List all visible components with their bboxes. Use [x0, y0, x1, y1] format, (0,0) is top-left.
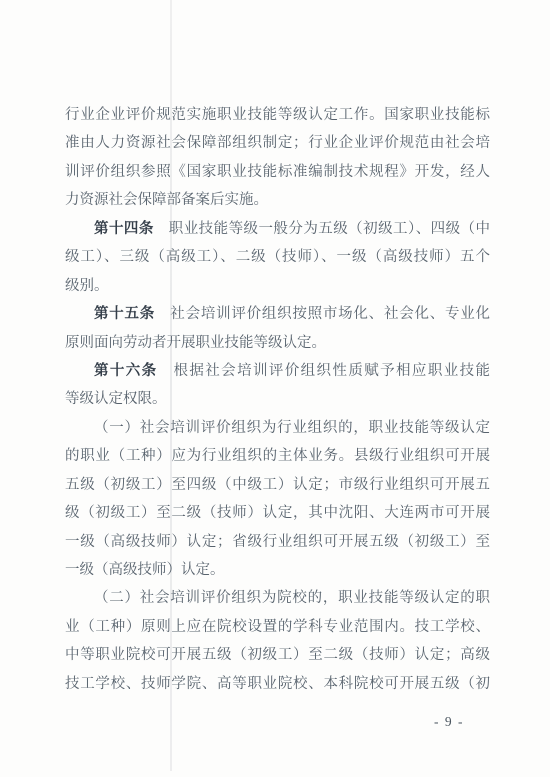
document-page: 行业企业评价规范实施职业技能等级认定工作。国家职业技能标准由人力资源社会保障部组… [0, 0, 550, 777]
text-line: 中等职业院校可开展五级（初级工）至二级（技师）认定；高级 [65, 641, 490, 669]
line-text: 五级（初级工）至四级（中级工）认定；市级行业组织可开展五 [65, 477, 490, 493]
line-text: 社会培训评价组织按照市场化、社会化、专业化 [155, 306, 490, 322]
text-line: （二）社会培训评价组织为院校的，职业技能等级认定的职 [65, 584, 490, 612]
text-line: 等级认定权限。 [65, 385, 490, 413]
line-text: 等级认定权限。 [65, 391, 167, 407]
text-line: 原则面向劳动者开展职业技能等级认定。 [65, 329, 490, 357]
page-number: - 9 - [434, 714, 494, 730]
text-line: 力资源社会保障部备案后实施。 [65, 186, 490, 214]
line-text: 级别。 [65, 278, 109, 294]
text-line: 行业企业评价规范实施职业技能等级认定工作。国家职业技能标 [65, 101, 490, 129]
text-line: 技工学校、技师学院、高等职业院校、本科院校可开展五级（初 [65, 670, 490, 698]
line-text: 训评价组织参照《国家职业技能标准编制技术规程》开发，经人 [65, 164, 490, 180]
line-text: 级工）、三级（高级工）、二级（技师）、一级（高级技师）五个 [65, 249, 490, 265]
text-line: 第十五条 社会培训评价组织按照市场化、社会化、专业化 [65, 300, 490, 328]
text-line: （一）社会培训评价组织为行业组织的，职业技能等级认定 [65, 414, 490, 442]
text-line: 级别。 [65, 272, 490, 300]
text-line: 一级（高级技师）认定。 [65, 556, 490, 584]
line-text: 中等职业院校可开展五级（初级工）至二级（技师）认定；高级 [65, 647, 490, 663]
text-line: 级（初级工）至二级（技师）认定，其中沈阳、大连两市可开展 [65, 499, 490, 527]
text-line: 训评价组织参照《国家职业技能标准编制技术规程》开发，经人 [65, 158, 490, 186]
line-text: 力资源社会保障部备案后实施。 [65, 192, 268, 208]
line-text: 一级（高级技师）认定；省级行业组织可开展五级（初级工）至 [65, 534, 490, 550]
article-number: 第十四条 [94, 221, 154, 237]
article-number: 第十六条 [94, 363, 158, 379]
document-body: 行业企业评价规范实施职业技能等级认定工作。国家职业技能标准由人力资源社会保障部组… [65, 101, 490, 698]
line-text: 业（工种）原则上应在院校设置的学科专业范围内。技工学校、 [65, 619, 490, 635]
article-number: 第十五条 [94, 306, 155, 322]
line-text: （一）社会培训评价组织为行业组织的，职业技能等级认定 [94, 420, 490, 436]
text-line: 级工）、三级（高级工）、二级（技师）、一级（高级技师）五个 [65, 243, 490, 271]
line-text: 准由人力资源社会保障部组织制定；行业企业评价规范由社会培 [65, 135, 490, 151]
line-text: 的职业（工种）应为行业组织的主体业务。县级行业组织可开展 [65, 448, 490, 464]
line-text: 一级（高级技师）认定。 [65, 562, 225, 578]
text-line: 准由人力资源社会保障部组织制定；行业企业评价规范由社会培 [65, 129, 490, 157]
text-line: 五级（初级工）至四级（中级工）认定；市级行业组织可开展五 [65, 471, 490, 499]
text-line: 第十六条 根据社会培训评价组织性质赋予相应职业技能 [65, 357, 490, 385]
line-text: 职业技能等级一般分为五级（初级工）、四级（中 [154, 221, 490, 237]
line-text: 技工学校、技师学院、高等职业院校、本科院校可开展五级（初 [65, 676, 490, 692]
line-text: 根据社会培训评价组织性质赋予相应职业技能 [158, 363, 490, 379]
line-text: 行业企业评价规范实施职业技能等级认定工作。国家职业技能标 [65, 107, 490, 123]
text-line: 一级（高级技师）认定；省级行业组织可开展五级（初级工）至 [65, 528, 490, 556]
text-line: 业（工种）原则上应在院校设置的学科专业范围内。技工学校、 [65, 613, 490, 641]
line-text: 级（初级工）至二级（技师）认定，其中沈阳、大连两市可开展 [65, 505, 490, 521]
line-text: 原则面向劳动者开展职业技能等级认定。 [65, 335, 326, 351]
line-text: （二）社会培训评价组织为院校的，职业技能等级认定的职 [94, 590, 490, 606]
text-line: 第十四条 职业技能等级一般分为五级（初级工）、四级（中 [65, 215, 490, 243]
text-line: 的职业（工种）应为行业组织的主体业务。县级行业组织可开展 [65, 442, 490, 470]
